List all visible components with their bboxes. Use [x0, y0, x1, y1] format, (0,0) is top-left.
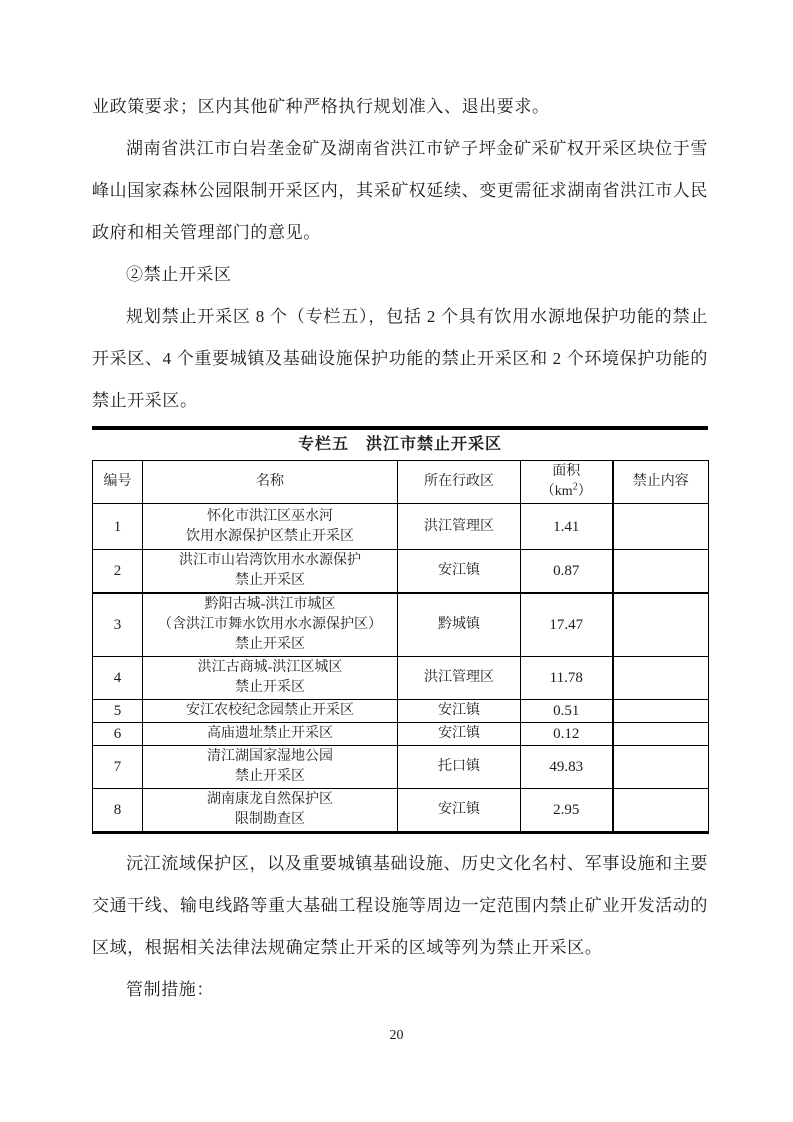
cell-area: 1.41 — [521, 504, 613, 550]
cell-content — [613, 593, 709, 657]
page-number: 20 — [0, 1028, 793, 1044]
cell-name: 洪江古商城-洪江区城区 禁止开采区 — [143, 657, 398, 700]
cell-name: 黔阳古城-洪江市城区 （含洪江市舞水饮用水水源保护区） 禁止开采区 — [143, 593, 398, 657]
cell-no: 1 — [93, 504, 143, 550]
cell-area: 0.51 — [521, 700, 613, 723]
col-header-area: 面积 （km2） — [521, 461, 613, 504]
cell-content — [613, 746, 709, 789]
paragraph-control-measures: 管制措施： — [92, 969, 708, 1011]
table-row-2: 2 洪江市山岩湾饮用水水源保护 禁止开采区 安江镇 0.87 — [93, 550, 709, 594]
cell-no: 4 — [93, 657, 143, 700]
table-row-4: 4 洪江古商城-洪江区城区 禁止开采区 洪江管理区 11.78 — [93, 657, 709, 700]
cell-district: 黔城镇 — [398, 593, 521, 657]
paragraph-zone-summary: 规划禁止开采区 8 个（专栏五），包括 2 个具有饮用水源地保护功能的禁止开采区… — [92, 296, 708, 422]
area-header-line2: （km2） — [524, 482, 609, 502]
cell-district: 洪江管理区 — [398, 504, 521, 550]
col-header-no: 编号 — [93, 461, 143, 504]
paragraph-watershed: 沅江流域保护区，以及重要城镇基础设施、历史文化名村、军事设施和主要交通干线、输电… — [92, 843, 708, 969]
table-row-5: 5 安江农校纪念园禁止开采区 安江镇 0.51 — [93, 700, 709, 723]
col-header-content: 禁止内容 — [613, 461, 709, 504]
cell-district: 安江镇 — [398, 700, 521, 723]
heading-prohibited-zones: ②禁止开采区 — [92, 254, 708, 296]
cell-area: 0.12 — [521, 723, 613, 746]
paragraph-mining-rights: 湖南省洪江市白岩垄金矿及湖南省洪江市铲子坪金矿采矿权开采区块位于雪峰山国家森林公… — [92, 128, 708, 254]
cell-district: 洪江管理区 — [398, 657, 521, 700]
col-header-district: 所在行政区 — [398, 461, 521, 504]
cell-district: 安江镇 — [398, 789, 521, 833]
area-paren-close: ） — [578, 484, 592, 499]
cell-no: 8 — [93, 789, 143, 833]
cell-content — [613, 657, 709, 700]
cell-content — [613, 700, 709, 723]
paragraph-continuation: 业政策要求；区内其他矿种严格执行规划准入、退出要求。 — [92, 86, 708, 128]
area-header-line1: 面积 — [524, 462, 609, 482]
table-caption: 专栏五 洪江市禁止开采区 — [92, 430, 708, 460]
cell-name: 高庙遗址禁止开采区 — [143, 723, 398, 746]
cell-area: 0.87 — [521, 550, 613, 594]
cell-area: 2.95 — [521, 789, 613, 833]
cell-district: 托口镇 — [398, 746, 521, 789]
cell-name: 安江农校纪念园禁止开采区 — [143, 700, 398, 723]
cell-district: 安江镇 — [398, 723, 521, 746]
cell-no: 2 — [93, 550, 143, 594]
cell-name: 清江湖国家湿地公园 禁止开采区 — [143, 746, 398, 789]
bottom-paragraphs: 沅江流域保护区，以及重要城镇基础设施、历史文化名村、军事设施和主要交通干线、输电… — [92, 843, 708, 1011]
cell-content — [613, 550, 709, 594]
cell-no: 5 — [93, 700, 143, 723]
prohibited-mining-table: 编号 名称 所在行政区 面积 （km2） 禁止内容 1 怀化市洪江区巫水河 饮用… — [92, 460, 709, 834]
table-row-1: 1 怀化市洪江区巫水河 饮用水源保护区禁止开采区 洪江管理区 1.41 — [93, 504, 709, 550]
area-unit: km — [555, 484, 573, 499]
cell-no: 3 — [93, 593, 143, 657]
cell-no: 7 — [93, 746, 143, 789]
table-header-row: 编号 名称 所在行政区 面积 （km2） 禁止内容 — [93, 461, 709, 504]
document-page: 业政策要求；区内其他矿种严格执行规划准入、退出要求。 湖南省洪江市白岩垄金矿及湖… — [0, 0, 793, 1122]
page-content: 业政策要求；区内其他矿种严格执行规划准入、退出要求。 湖南省洪江市白岩垄金矿及湖… — [92, 86, 708, 1011]
cell-no: 6 — [93, 723, 143, 746]
area-paren-open: （ — [541, 484, 555, 499]
table-row-8: 8 湖南康龙自然保护区 限制勘查区 安江镇 2.95 — [93, 789, 709, 833]
cell-area: 17.47 — [521, 593, 613, 657]
cell-area: 11.78 — [521, 657, 613, 700]
cell-name: 洪江市山岩湾饮用水水源保护 禁止开采区 — [143, 550, 398, 594]
cell-content — [613, 504, 709, 550]
table-row-3: 3 黔阳古城-洪江市城区 （含洪江市舞水饮用水水源保护区） 禁止开采区 黔城镇 … — [93, 593, 709, 657]
table-row-7: 7 清江湖国家湿地公园 禁止开采区 托口镇 49.83 — [93, 746, 709, 789]
cell-content — [613, 723, 709, 746]
box-table: 专栏五 洪江市禁止开采区 编号 名称 所在行政区 面积 （km2） 禁止内容 — [92, 426, 708, 834]
cell-area: 49.83 — [521, 746, 613, 789]
table-row-6: 6 高庙遗址禁止开采区 安江镇 0.12 — [93, 723, 709, 746]
cell-content — [613, 789, 709, 833]
cell-name: 湖南康龙自然保护区 限制勘查区 — [143, 789, 398, 833]
cell-name: 怀化市洪江区巫水河 饮用水源保护区禁止开采区 — [143, 504, 398, 550]
col-header-name: 名称 — [143, 461, 398, 504]
cell-district: 安江镇 — [398, 550, 521, 594]
